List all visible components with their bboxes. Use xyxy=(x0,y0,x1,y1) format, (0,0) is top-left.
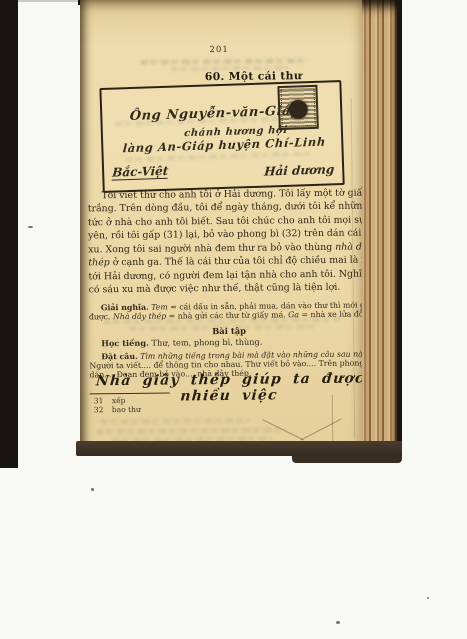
footnote: 32bao thư xyxy=(94,405,141,414)
envelope-illustration: Ông Nguyễn-văn-Giáp chánh hương hội làng… xyxy=(99,80,344,193)
book-fore-edge-pages xyxy=(362,0,397,455)
page-number: 201 xyxy=(78,44,360,57)
page-content: 201 60. Một cái thư Ông Nguyễn-văn-Giáp … xyxy=(78,0,365,456)
scan-speck xyxy=(28,226,33,228)
footnote-number: 32 xyxy=(94,405,112,414)
body-text: trắng. Trên dòng đầu, tôi để ngày tháng,… xyxy=(88,200,385,214)
scan-speck xyxy=(427,597,429,599)
body-text: ở cạnh ga. Thế là cái thư của tôi chỉ độ… xyxy=(110,254,391,268)
body-line: có sáu xu mà được việc như thế, thật cũn… xyxy=(89,280,369,296)
body-text: yên, rồi tôi gấp (31) lại, bỏ vào phong … xyxy=(88,228,364,242)
glossary-term: Tem xyxy=(151,303,168,312)
book-edge-shadow xyxy=(397,0,402,456)
lesson-title: 60. Một cái thư xyxy=(112,68,394,84)
envelope-flap-show-through xyxy=(301,418,342,440)
show-through-line xyxy=(100,418,250,425)
book-bottom-edge-step xyxy=(292,454,402,463)
show-through-line xyxy=(140,58,308,65)
footnote: 31xếp xyxy=(94,396,126,405)
show-through-line xyxy=(96,427,286,434)
body-text-italic: thép xyxy=(88,257,109,268)
scanned-book-photo: 201 60. Một cái thư Ông Nguyễn-văn-Giáp … xyxy=(0,0,467,639)
exercises-heading: Bài tập xyxy=(89,324,369,337)
body-text: có sáu xu mà được việc như thế, thật cũn… xyxy=(89,282,341,296)
footnote-text: bao thư xyxy=(112,405,141,414)
show-through-line xyxy=(103,317,341,324)
scan-border-left xyxy=(0,0,18,468)
handwritten-answer-line: Nhà giây thép giúp ta được nhiều việc xyxy=(88,370,370,405)
envelope-destination: Hải dương xyxy=(264,162,335,178)
hoc-tieng-text: Thư, tem, phong bì, thùng. xyxy=(149,337,263,348)
dat-cau-label: Đặt câu. xyxy=(101,352,137,361)
book-page: 201 60. Một cái thư Ông Nguyễn-văn-Giáp … xyxy=(80,0,362,455)
hoc-tieng-label: Học tiếng. xyxy=(101,338,149,348)
footnote-text: xếp xyxy=(112,396,126,405)
scan-speck xyxy=(91,488,94,491)
scan-speck xyxy=(336,621,340,624)
scan-edge-line xyxy=(18,0,80,2)
hoc-tieng-line: Học tiếng. Thư, tem, phong bì, thùng. xyxy=(89,336,369,348)
envelope-origin: Bắc-Việt xyxy=(112,164,169,181)
footnote-number: 31 xyxy=(94,396,112,405)
